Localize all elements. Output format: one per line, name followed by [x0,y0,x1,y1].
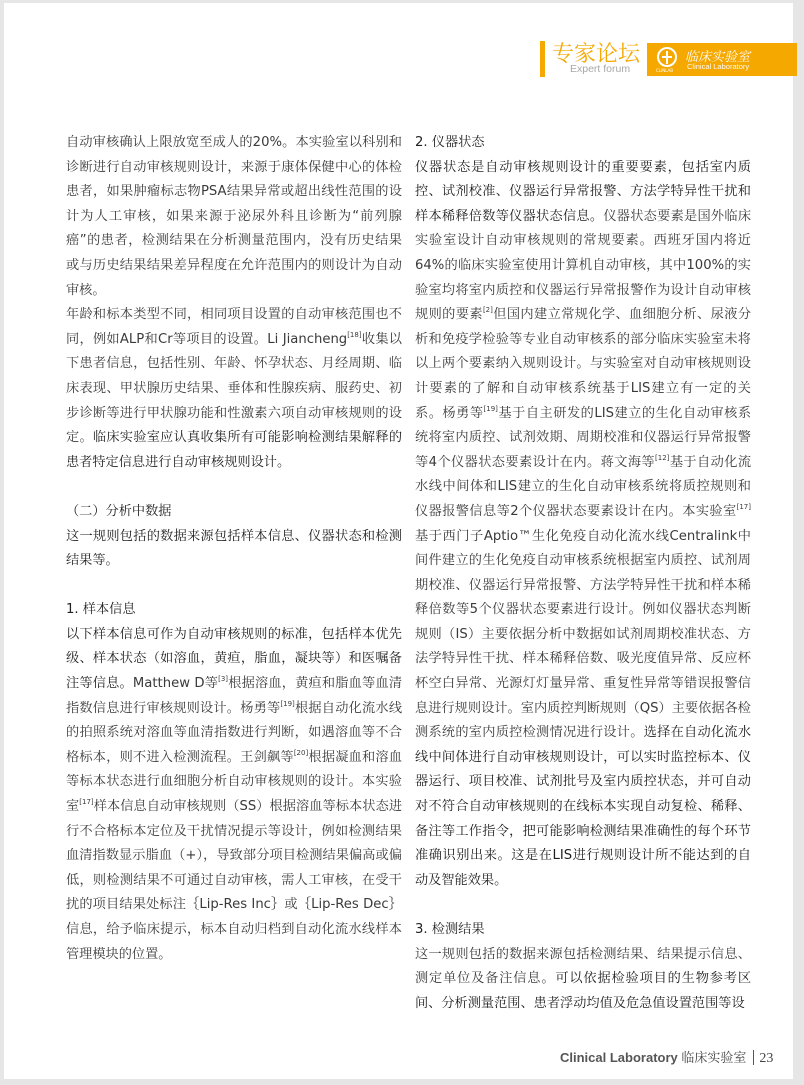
citation: [2] [483,306,493,314]
journal-banner: CLINLAB 临床实验室 Clinical Laboratory [647,43,797,76]
citation: [19] [484,405,498,413]
citation: [18] [347,331,361,339]
citation: [20] [294,749,308,757]
footer-journal-cn: 临床实验室 [681,1050,746,1065]
emphasis-text: 临床实验室应认真收集所有可能影响检测结果解释的患者特定信息进行自动审核规则设计。 [66,430,402,470]
journal-name-en: Clinical Laboratory [687,62,749,71]
citation: [3] [218,675,228,683]
page-number: 23 [759,1051,773,1066]
journal-logo-caption: CLINLAB [656,68,673,73]
journal-logo-icon [657,47,677,67]
left-column: 自动审核确认上限放宽至成人的20%。本实验室以科别和诊断进行自动审核规则设计，来… [66,131,402,967]
item-heading: 2. 仪器状态 [415,131,751,156]
section-subtitle: Expert forum [570,63,630,75]
page-footer: Clinical Laboratory 临床实验室23 [560,1047,773,1067]
citation: [17] [737,503,751,511]
paragraph: 年龄和标本类型不同，相同项目设置的自动审核范围也不同，例如ALP和Cr等项目的设… [66,303,402,475]
paragraph: 这一规则包括的数据来源包括样本信息、仪器状态和检测结果等。 [66,525,402,574]
paragraph: 这一规则包括的数据来源包括检测结果、结果提示信息、测定单位及备注信息。可以依据检… [415,943,751,1017]
subsection-heading: （二）分析中数据 [66,500,402,525]
paragraph: 仪器状态是自动审核规则设计的重要要素，包括室内质控、试剂校准、仪器运行异常报警、… [415,156,751,894]
emphasis-text: 选择在自动化流水线中间体进行自动审核规则设计，可以实时监控标本、仪器运行、项目校… [415,725,751,888]
citation: [12] [655,454,669,462]
document-page: 专家论坛 Expert forum CLINLAB 临床实验室 Clinical… [4,3,793,1079]
item-heading: 3. 检测结果 [415,918,751,943]
citation: [19] [280,700,294,708]
paragraph: 以下样本信息可作为自动审核规则的标准，包括样本优先级、样本状态（如溶血，黄疸，脂… [66,623,402,967]
section-accent-bar [540,41,545,77]
right-column: 2. 仪器状态 仪器状态是自动审核规则设计的重要要素，包括室内质控、试剂校准、仪… [415,131,751,1016]
citation: [17] [79,798,93,806]
paragraph: 自动审核确认上限放宽至成人的20%。本实验室以科别和诊断进行自动审核规则设计，来… [66,131,402,303]
footer-journal-en: Clinical Laboratory [560,1050,678,1065]
item-heading: 1. 样本信息 [66,598,402,623]
footer-divider [753,1050,754,1065]
